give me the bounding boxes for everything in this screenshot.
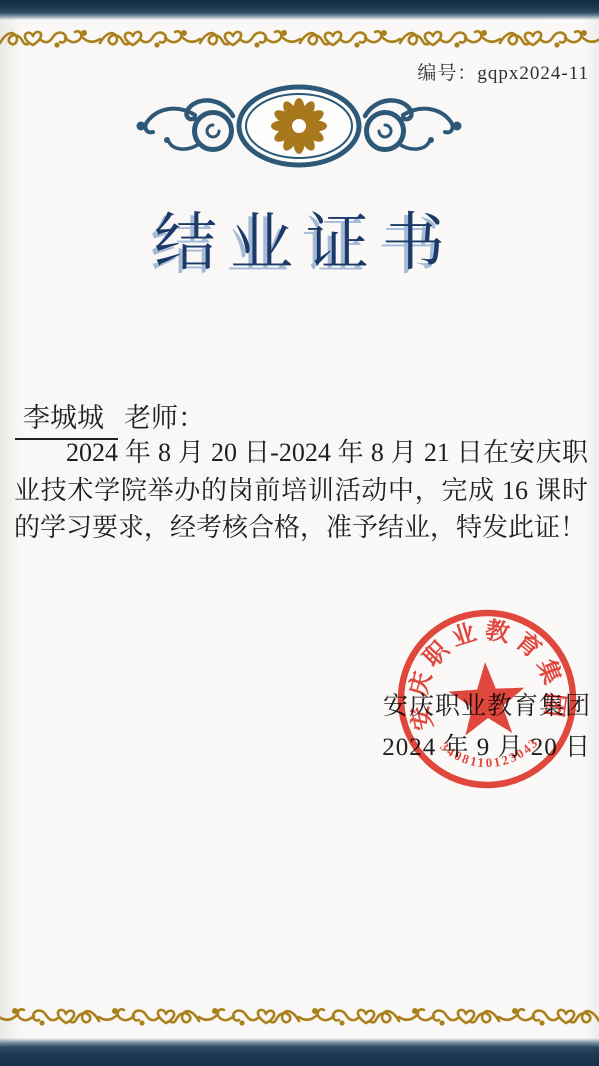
scroll-curl (169, 142, 199, 149)
seal-code: 3408110123043 (437, 734, 543, 773)
certificate-body: 2024 年 8 月 20 日-2024 年 8 月 21 日在安庆职业技术学院… (14, 434, 588, 547)
serial-number: 编号：gqpx2024-11 (417, 58, 589, 85)
flower-medallion-icon (129, 82, 469, 170)
bottom-navy-band (0, 1038, 599, 1066)
official-seal: 安庆职业教育集团 3408110123043 (387, 599, 587, 799)
scroll-dot (164, 137, 170, 143)
scroll-tail (145, 109, 195, 133)
gold-scroll-border-top (0, 24, 599, 58)
gold-scroll-border-bottom (0, 1002, 599, 1036)
scroll-spiral (207, 125, 219, 137)
star-icon (447, 660, 527, 736)
recipient-salutation: 老师： (124, 403, 205, 433)
scroll-dot (137, 122, 146, 131)
certificate-page: 编号：gqpx2024-11 (0, 0, 599, 1066)
top-navy-band (0, 0, 599, 20)
certificate-title: 结业证书 (0, 192, 599, 283)
